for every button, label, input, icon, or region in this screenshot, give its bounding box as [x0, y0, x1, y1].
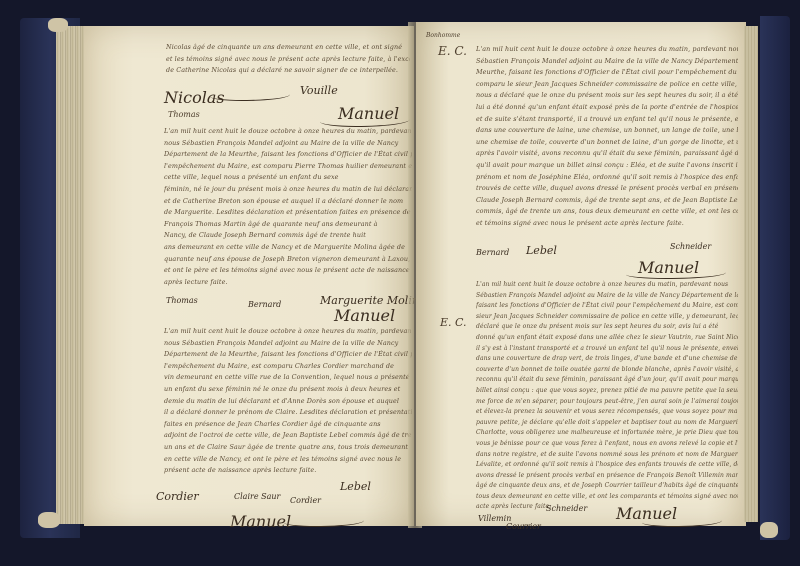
signature-flourish [210, 90, 290, 101]
text-line: L'an mil huit cent huit le douze octobre… [164, 126, 412, 138]
signature: Schneider [546, 504, 587, 513]
text-line: et élevez-la prenez la souvenir et vous … [476, 407, 738, 418]
text-line: Meurthe, faisant les fonctions d'Officie… [476, 67, 738, 79]
text-line: après l'avoir visité, avons reconnu qu'i… [476, 148, 738, 160]
text-line: me force de m'en séparer, pour toujours … [476, 397, 738, 408]
text-line: Claude Joseph Bernard commis, âgé de tre… [476, 195, 738, 207]
text-line: cette ville, lequel nous a présenté un e… [164, 172, 412, 184]
left-page: Nicolas âgé de cinquante un ans demeuran… [84, 26, 414, 526]
text-line: comparu le sieur Jean Jacques Schneider … [476, 79, 738, 91]
text-line: adjoint de l'octroi de cette ville, de J… [164, 430, 412, 442]
text-line: donné qu'un enfant était exposé dans une… [476, 333, 738, 344]
right-page: Bonhomme E. C. L'an mil huit cent huit l… [416, 22, 746, 526]
text-line: dans une couverture de drap vert, de tro… [476, 354, 738, 365]
book-cover-right [760, 16, 790, 540]
text-line: vin demeurant en cette ville rue de la C… [164, 372, 412, 384]
signature: Manuel [334, 306, 395, 325]
signature: Manuel [230, 512, 291, 531]
signature-flourish [626, 268, 726, 279]
text-line: vous je bénisse pour ce que vous ferez à… [476, 439, 738, 450]
corner-wear-bottom-left [38, 512, 60, 528]
continuation-text: Nicolas âgé de cinquante un ans demeuran… [166, 42, 410, 77]
signature-flourish [284, 516, 364, 527]
text-line: faites en présence de Jean Charles Cordi… [164, 419, 412, 431]
text-line: dans notre registre, et de suite l'avons… [476, 450, 738, 461]
text-line: et témoins signé avec nous le présent ac… [476, 218, 738, 230]
text-line: Lévalite, et ordonné qu'il soit remis à … [476, 460, 738, 471]
signature: Schneider [670, 242, 711, 251]
corner-wear-top-left [48, 18, 68, 32]
text-line: féminin, né le jour du présent mois à on… [164, 184, 412, 196]
signature: Thomas [166, 296, 198, 305]
text-line: nous Sébastien François Mandel adjoint a… [164, 138, 412, 150]
open-register-book: Nicolas âgé de cinquante un ans demeuran… [20, 12, 790, 560]
text-line: de Catherine Nicolas qui a déclaré ne sa… [166, 65, 410, 77]
text-line: il a déclaré donner le prénom de Claire.… [164, 407, 412, 419]
text-line: dans une couverture de laine, une chemis… [476, 125, 738, 137]
birth-act-1: L'an mil huit cent huit le douze octobre… [164, 126, 412, 288]
signature: Lebel [340, 480, 371, 493]
text-line: nous Sébastien François Mandel adjoint a… [164, 338, 412, 350]
text-line: Nicolas âgé de cinquante un ans demeuran… [166, 42, 410, 54]
birth-act-4: L'an mil huit cent huit le douze octobre… [476, 280, 738, 513]
text-line: et les témoins signé avec nous le présen… [166, 54, 410, 66]
text-line: L'an mil huit cent huit le douze octobre… [164, 326, 412, 338]
margin-note: Thomas [168, 110, 200, 119]
signature: Courrier [506, 522, 541, 531]
text-line: il s'y est à l'instant transporté et a t… [476, 344, 738, 355]
text-line: une chemise de toile, couverte d'un bonn… [476, 137, 738, 149]
signature: Bernard [248, 300, 281, 309]
text-line: nous a déclaré que le onze du présent mo… [476, 90, 738, 102]
birth-act-2: L'an mil huit cent huit le douze octobre… [164, 326, 412, 477]
text-line: sieur Jean Jacques Schneider commissaire… [476, 312, 738, 323]
text-line: tous deux demeurant en cette ville, et o… [476, 492, 738, 503]
text-line: L'an mil huit cent huit le douze octobre… [476, 44, 738, 56]
text-line: présent acte de naissance après lecture … [164, 465, 412, 477]
text-line: Sébastien François Mandel adjoint au Mai… [476, 291, 738, 302]
corner-wear-bottom-right [760, 522, 778, 538]
text-line: déclaré que le onze du présent mois sur … [476, 322, 738, 333]
text-line: commis, âgé de trente un ans, tous deux … [476, 206, 738, 218]
margin-note: E. C. [438, 44, 467, 58]
text-line: trouvés de cette ville, duquel avons dre… [476, 183, 738, 195]
text-line: prénom et nom de Joséphine Eléa, ordonné… [476, 172, 738, 184]
text-line: et de suite s'étant transporté, il a tro… [476, 114, 738, 126]
text-line: François Thomas Martin âgé de quarante n… [164, 219, 412, 231]
text-line: lui a été donné qu'un enfant était expos… [476, 102, 738, 114]
text-line: Charlotte, vous obligerez une malheureus… [476, 428, 738, 439]
text-line: après lecture faite. [164, 277, 412, 289]
text-line: pauvre petite, je déclare qu'elle doit s… [476, 418, 738, 429]
text-line: l'empêchement du Maire, est comparu Pier… [164, 161, 412, 173]
birth-act-3: L'an mil huit cent huit le douze octobre… [476, 44, 738, 230]
text-line: en cette ville de Nancy, et ont le père … [164, 454, 412, 466]
text-line: un enfant du sexe féminin né le onze du … [164, 384, 412, 396]
text-line: un ans et de Claire Saur âgée de trente … [164, 442, 412, 454]
text-line: Département de la Meurthe, faisant les f… [164, 149, 412, 161]
text-line: Nancy, de Claude Joseph Bernard commis â… [164, 230, 412, 242]
signature: Bernard [476, 248, 509, 257]
text-line: quarante neuf ans épouse de Joseph Breto… [164, 254, 412, 266]
signature-flourish [642, 516, 722, 527]
margin-note: Bonhomme [426, 32, 460, 39]
text-line: avons dressé le présent procès verbal en… [476, 471, 738, 482]
page-edges-right [744, 26, 758, 522]
signature: Cordier [156, 490, 199, 503]
text-line: reconnu qu'il était du sexe féminin, par… [476, 375, 738, 386]
text-line: Sébastien François Mandel adjoint au Mai… [476, 56, 738, 68]
signature: Vouille [300, 84, 338, 97]
text-line: et de Catherine Breton son épouse et auq… [164, 196, 412, 208]
signature: Cordier [290, 496, 321, 505]
text-line: Département de la Meurthe, faisant les f… [164, 349, 412, 361]
text-line: ans demeurant en cette ville de Nancy et… [164, 242, 412, 254]
text-line: qu'il avait pour marque un billet ainsi … [476, 160, 738, 172]
signature: Lebel [526, 244, 557, 257]
text-line: et ont le père et les témoins signé avec… [164, 265, 412, 277]
margin-note: E. C. [440, 316, 467, 329]
text-line: faisant les fonctions d'Officier de l'Ét… [476, 301, 738, 312]
text-line: acte après lecture faite. [476, 502, 738, 513]
text-line: de Marguerite. Lesdites déclaration et p… [164, 207, 412, 219]
text-line: demie du matin de lui déclarant et d'Ann… [164, 396, 412, 408]
text-line: l'empêchement du Maire, est comparu Char… [164, 361, 412, 373]
text-line: âgé de cinquante deux ans, et de Joseph … [476, 481, 738, 492]
signature: Claire Saur [234, 492, 280, 501]
page-edges-left [56, 26, 86, 524]
text-line: L'an mil huit cent huit le douze octobre… [476, 280, 738, 291]
text-line: couverte d'un bonnet de toile ouatée gar… [476, 365, 738, 376]
text-line: billet ainsi conçu : que que vous soyez,… [476, 386, 738, 397]
